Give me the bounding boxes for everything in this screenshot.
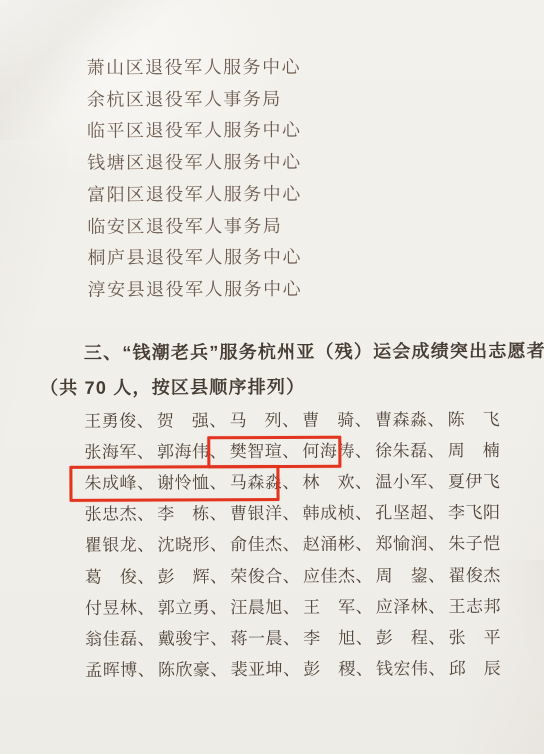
volunteer-name: 邱 辰 <box>449 654 502 679</box>
volunteer-name: 李 栋、 <box>157 500 227 525</box>
scanned-document-page: 萧山区退役军人服务中心余杭区退役军人事务局临平区退役军人服务中心钱塘区退役军人服… <box>0 0 544 754</box>
org-list-item: 钱塘区退役军人服务中心 <box>87 147 302 180</box>
volunteer-name: 葛 俊、 <box>85 562 155 587</box>
volunteer-name: 裴亚坤、 <box>231 655 301 680</box>
name-row: 葛 俊、彭 辉、荣俊合、应佳杰、周 鋆、翟俊杰 <box>85 557 501 590</box>
volunteer-name: 付昱林、 <box>85 593 155 618</box>
volunteer-name: 张忠杰、 <box>85 500 155 525</box>
volunteer-name: 孔坚超、 <box>375 499 445 524</box>
volunteer-name: 陈 飞 <box>448 405 501 430</box>
volunteer-name: 张海军、 <box>84 438 154 463</box>
volunteer-name: 曹银洋、 <box>230 499 300 524</box>
volunteer-name: 张 平 <box>449 623 502 648</box>
volunteer-name: 荣俊合、 <box>230 561 300 586</box>
volunteer-name: 应佳杰、 <box>303 561 373 586</box>
volunteer-name: 曹森淼、 <box>375 405 445 430</box>
volunteer-name: 彭 程、 <box>376 623 446 648</box>
name-row: 瞿银龙、沈晓形、俞佳杰、赵涌彬、郑愉润、朱子恺 <box>85 526 501 559</box>
section-heading: 三、“钱潮老兵”服务杭州亚（残）运会成绩突出志愿者 <box>84 337 544 365</box>
org-list-item: 临安区退役军人事务局 <box>87 210 302 243</box>
volunteer-name: 钱宏伟、 <box>376 654 446 679</box>
volunteer-name: 郭立勇、 <box>158 593 228 618</box>
volunteer-name: 彭 稷、 <box>303 654 373 679</box>
volunteer-name: 孟晖博、 <box>85 655 155 680</box>
volunteer-name: 徐朱磊、 <box>375 436 445 461</box>
name-row: 孟晖博、陈欣豪、裴亚坤、彭 稷、钱宏伟、邱 辰 <box>85 651 501 684</box>
volunteer-name: 朱子恺 <box>448 529 501 554</box>
volunteer-name: 彭 辉、 <box>157 562 227 587</box>
volunteer-name: 马 列、 <box>230 406 300 431</box>
volunteer-name: 戴骏宇、 <box>158 624 228 649</box>
volunteer-name: 周 鋆、 <box>376 561 446 586</box>
volunteer-name: 蒋一晨、 <box>230 624 300 649</box>
volunteer-name: 林 欢、 <box>302 468 372 493</box>
volunteer-name: 汪晨旭、 <box>230 592 300 617</box>
org-list-item: 桐庐县退役军人服务中心 <box>87 242 302 275</box>
org-list-item: 余杭区退役军人事务局 <box>87 84 302 117</box>
volunteer-name: 翟俊杰 <box>448 561 501 586</box>
volunteer-name: 赵涌彬、 <box>303 530 373 555</box>
volunteer-name: 翁佳磊、 <box>85 624 155 649</box>
highlight-box-2 <box>69 465 279 502</box>
document-content: 萧山区退役军人服务中心余杭区退役军人事务局临平区退役军人服务中心钱塘区退役军人服… <box>0 0 544 754</box>
volunteer-name: 王 军、 <box>303 592 373 617</box>
volunteer-name: 贺 强、 <box>157 406 227 431</box>
volunteer-name: 李飞阳 <box>448 498 501 523</box>
org-list-item: 萧山区退役军人服务中心 <box>87 52 302 85</box>
volunteer-name: 沈晓形、 <box>157 531 227 556</box>
org-list-item: 淳安县退役军人服务中心 <box>88 274 303 307</box>
volunteer-name: 温小军、 <box>375 467 445 492</box>
organization-list: 萧山区退役军人服务中心余杭区退役军人事务局临平区退役军人服务中心钱塘区退役军人服… <box>87 52 303 307</box>
org-list-item: 临平区退役军人服务中心 <box>87 115 302 148</box>
volunteer-name: 郑愉润、 <box>375 530 445 555</box>
volunteer-name: 韩成桢、 <box>303 499 373 524</box>
volunteer-name: 瞿银龙、 <box>85 531 155 556</box>
volunteer-name: 俞佳杰、 <box>230 530 300 555</box>
highlight-box-1 <box>207 436 341 469</box>
volunteer-name: 应泽林、 <box>376 592 446 617</box>
volunteer-name: 王志邦 <box>448 592 501 617</box>
volunteer-name: 曹 骑、 <box>302 406 372 431</box>
volunteer-name: 王勇俊、 <box>84 407 154 432</box>
name-row: 付昱林、郭立勇、汪晨旭、王 军、应泽林、王志邦 <box>85 589 501 622</box>
name-row: 翁佳磊、戴骏宇、蒋一晨、李 旭、彭 程、张 平 <box>85 620 501 653</box>
section-heading-note: （共 70 人，按区县顺序排列） <box>40 373 305 400</box>
volunteer-name: 周 楠 <box>448 436 501 461</box>
org-list-item: 富阳区退役军人服务中心 <box>87 179 302 212</box>
volunteer-name: 李 旭、 <box>303 623 373 648</box>
name-row: 王勇俊、贺 强、马 列、曹 骑、曹森淼、陈 飞 <box>84 402 500 435</box>
volunteer-name: 夏伊飞 <box>448 467 501 492</box>
volunteer-name: 陈欣豪、 <box>158 655 228 680</box>
